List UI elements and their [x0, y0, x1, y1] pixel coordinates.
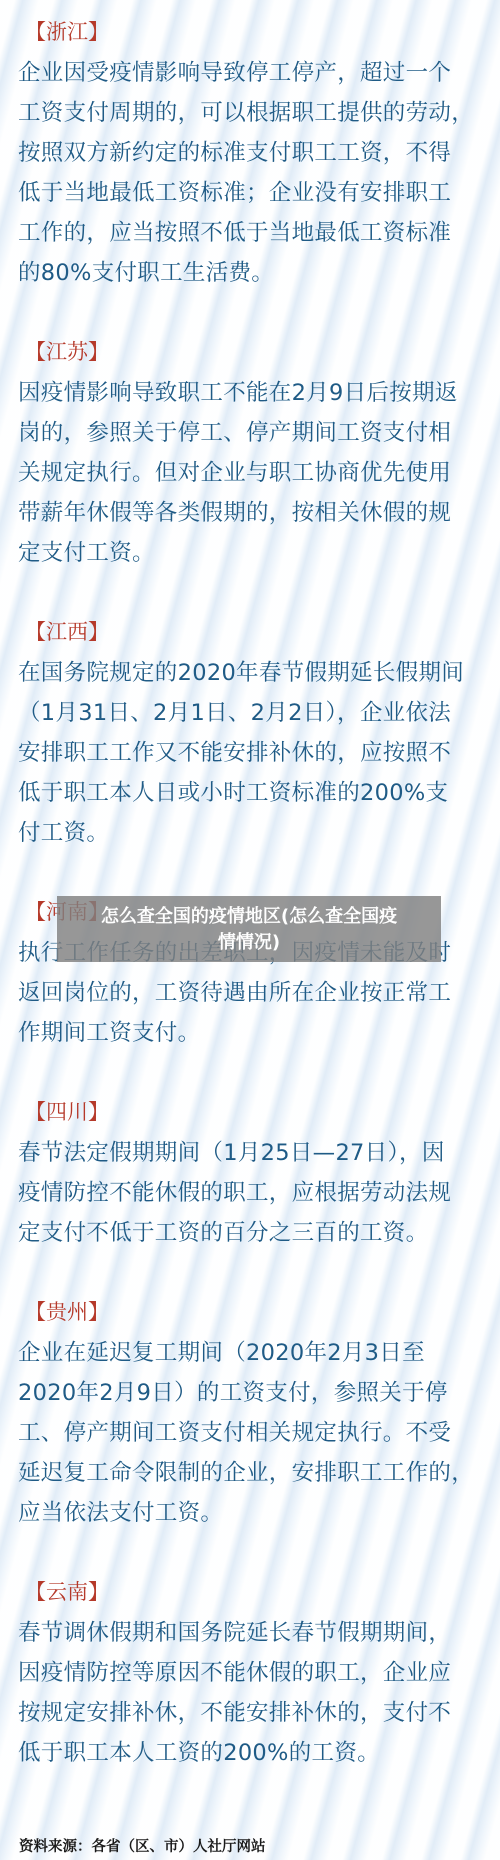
body-line: 2020年2月9日）的工资支付，参照关于停 [18, 1377, 448, 1409]
overlay-title-line-2: 情情况) [57, 931, 441, 955]
body-line: 春节调休假期和国务院延长春节假期期间， [18, 1617, 451, 1649]
body-line: 在国务院规定的2020年春节假期延长假期间 [18, 657, 464, 689]
body-line: 安排职工工作又不能安排补休的，应按照不 [18, 737, 451, 769]
body-line: （1月31日、2月1日、2月2日），企业依法 [18, 697, 451, 729]
body-line: 因疫情影响导致职工不能在2月9日后按期返 [18, 377, 458, 409]
body-line: 应当依法支付工资。 [18, 1497, 223, 1529]
body-line: 定支付工资。 [18, 537, 155, 569]
body-line: 企业在延迟复工期间（2020年2月3日至 [18, 1337, 425, 1369]
body-line: 因疫情防控等原因不能休假的职工，企业应 [18, 1657, 451, 1689]
region-heading: 【贵州】 [25, 1297, 109, 1327]
body-line: 企业因受疫情影响导致停工停产，超过一个 [18, 57, 451, 89]
body-line: 定支付不低于工资的百分之三百的工资。 [18, 1217, 428, 1249]
body-line: 作期间工资支付。 [18, 1017, 200, 1049]
body-line: 岗的，参照关于停工、停产期间工资支付相 [18, 417, 451, 449]
body-line: 低于当地最低工资标准；企业没有安排职工 [18, 177, 451, 209]
overlay-title-line-1: 怎么查全国的疫情地区(怎么查全国疫 [57, 905, 441, 929]
region-heading: 【云南】 [25, 1577, 109, 1607]
body-line: 按规定安排补休，不能安排补休的，支付不 [18, 1697, 451, 1729]
document: 【浙江】 企业因受疫情影响导致停工停产，超过一个 工资支付周期的，可以根据职工提… [0, 0, 500, 1860]
body-line: 工、停产期间工资支付相关规定执行。不受 [18, 1417, 451, 1449]
body-line: 低于职工本人日或小时工资标准的200%支 [18, 777, 448, 809]
source-footer: 资料来源：各省（区、市）人社厅网站 [19, 1836, 266, 1858]
region-heading: 【江西】 [25, 617, 109, 647]
body-line: 疫情防控不能休假的职工，应根据劳动法规 [18, 1177, 451, 1209]
region-heading: 【江苏】 [25, 337, 109, 367]
body-line: 工作的，应当按照不低于当地最低工资标准 [18, 217, 451, 249]
body-line: 工资支付周期的，可以根据职工提供的劳动， [18, 97, 474, 129]
body-line: 返回岗位的，工资待遇由所在企业按正常工 [18, 977, 451, 1009]
region-heading: 【四川】 [25, 1097, 109, 1127]
body-line: 的80%支付职工生活费。 [18, 257, 274, 289]
body-line: 关规定执行。但对企业与职工协商优先使用 [18, 457, 451, 489]
body-line: 付工资。 [18, 817, 109, 849]
region-heading: 【浙江】 [25, 17, 109, 47]
body-line: 春节法定假期期间（1月25日—27日），因 [18, 1137, 445, 1169]
title-overlay: 怎么查全国的疫情地区(怎么查全国疫 情情况) [57, 896, 441, 962]
body-line: 延迟复工命令限制的企业，安排职工工作的， [18, 1457, 474, 1489]
body-line: 低于职工本人工资的200%的工资。 [18, 1737, 380, 1769]
body-line: 带薪年休假等各类假期的，按相关休假的规 [18, 497, 451, 529]
body-line: 按照双方新约定的标准支付职工工资，不得 [18, 137, 451, 169]
